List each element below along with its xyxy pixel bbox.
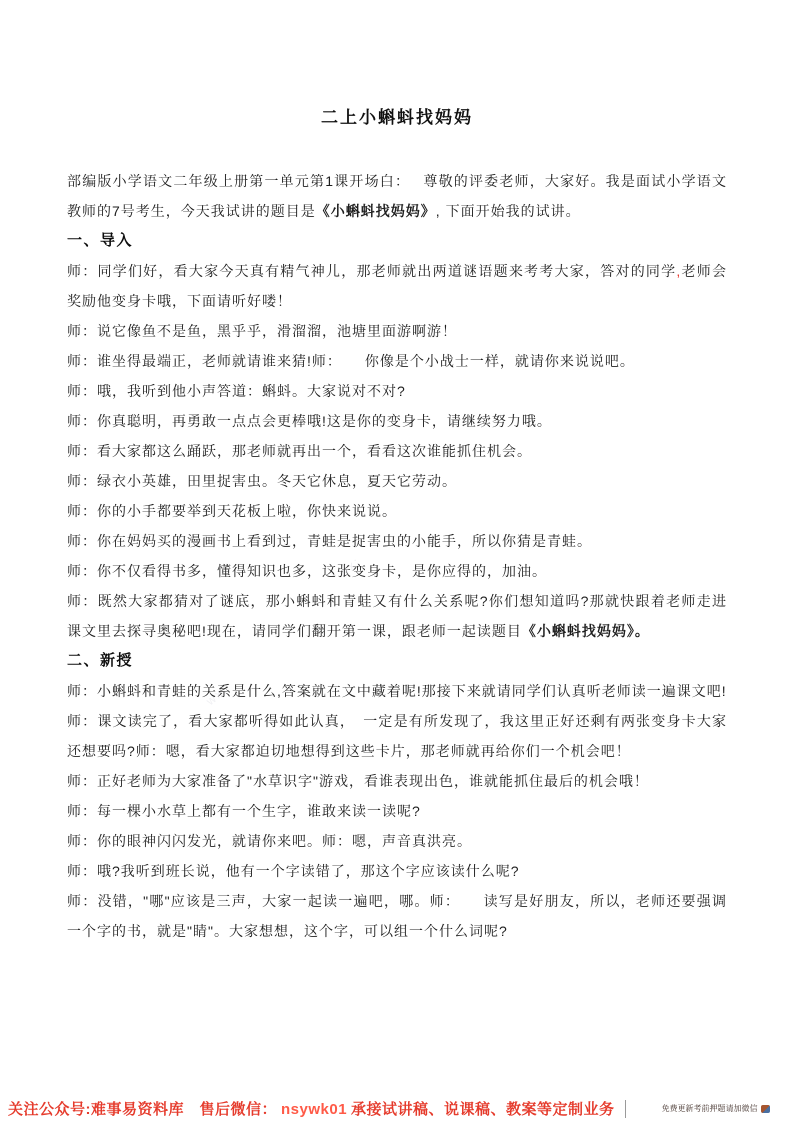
paragraph: 师：说它像鱼不是鱼，黑乎乎，滑溜溜，池塘里面游啊游！ [67,316,727,346]
text-run: 师：说它像鱼不是鱼，黑乎乎，滑溜溜，池塘里面游啊游！ [67,323,457,339]
footer-note-text: 免费更新考前押题请加微信 [662,1103,758,1114]
text-run: 师：你真聪明，再勇敢一点点会更棒哦!这是你的变身卡，请继续努力哦。 [67,413,552,429]
paragraph: 师：谁坐得最端正，老师就请谁来猜!师： 你像是个小战士一样，就请你来说说吧。 [67,346,727,376]
text-run: 师：你在妈妈买的漫画书上看到过，青蛙是捉害虫的小能手，所以你猜是青蛙。 [67,533,592,549]
paragraph: 师：绿衣小英雄，田里捉害虫。冬天它休息，夏天它劳动。 [67,466,727,496]
paragraph: 师：既然大家都猜对了谜底，那小蝌蚪和青蛙又有什么关系呢?你们想知道吗?那就快跟着… [67,586,727,646]
paragraph: 师：你的小手都要举到天花板上啦，你快来说说。 [67,496,727,526]
paragraph: 师：课文读完了，看大家都听得如此认真， 一定是有所发现了，我这里正好还剩有两张变… [67,706,727,766]
text-run: 师：小蝌蚪和青蛙的关系是什么,答案就在文中藏着呢!那接下来就请同学们认真听老师读… [67,683,727,699]
text-run: 师：每一棵小水草上都有一个生字，谁敢来读一读呢? [67,803,421,819]
paragraph: 师：哦，我听到他小声答道：蝌蚪。大家说对不对? [67,376,727,406]
paragraph: 师：没错，"哪"应该是三声，大家一起读一遍吧，哪。师： 读写是好朋友，所以，老师… [67,886,727,946]
paragraph: 师：你真聪明，再勇敢一点点会更棒哦!这是你的变身卡，请继续努力哦。 [67,406,727,436]
paragraph: 师：小蝌蚪和青蛙的关系是什么,答案就在文中藏着呢!那接下来就请同学们认真听老师读… [67,676,727,706]
paragraph: 师：同学们好，看大家今天真有精气神儿，那老师就出两道谜语题来考考大家，答对的同学… [67,256,727,316]
text-run: 师：你不仅看得书多，懂得知识也多，这张变身卡，是你应得的，加油。 [67,563,547,579]
text-run: 师：哦，我听到他小声答道：蝌蚪。大家说对不对? [67,383,406,399]
text-run: 师：谁坐得最端正，老师就请谁来猜!师： 你像是个小战士一样，就请你来说说吧。 [67,353,635,369]
text-run: 师：课文读完了，看大家都听得如此认真， 一定是有所发现了，我这里正好还剩有两张变… [67,713,727,759]
footer-wechat-id: nsywk01 [277,1101,351,1118]
footer-promo-main: 关注公众号:难事易资料库 售后微信： [8,1101,277,1118]
paragraph: 师：你的眼神闪闪发光，就请你来吧。师：嗯，声音真洪亮。 [67,826,727,856]
paragraph: 师：每一棵小水草上都有一个生字，谁敢来读一读呢? [67,796,727,826]
paragraph: 师：正好老师为大家准备了"水草识字"游戏，看谁表现出色，谁就能抓住最后的机会哦！ [67,766,727,796]
text-run: 师：正好老师为大家准备了"水草识字"游戏，看谁表现出色，谁就能抓住最后的机会哦！ [67,773,649,789]
text-run: 师：你的小手都要举到天花板上啦，你快来说说。 [67,503,397,519]
section-heading: 一、导入 [67,226,727,256]
paragraph: 师：你不仅看得书多，懂得知识也多，这张变身卡，是你应得的，加油。 [67,556,727,586]
document-page: 二上小蝌蚪找妈妈 部编版小学语文二年级上册第一单元第1课开场白： 尊敬的评委老师… [0,0,794,1122]
footer-bar: 关注公众号:难事易资料库 售后微信：nsywk01承接试讲稿、说课稿、教案等定制… [0,1095,794,1122]
text-run: 《小蝌蚪找妈妈》 [316,203,436,219]
footer-promo: 关注公众号:难事易资料库 售后微信：nsywk01承接试讲稿、说课稿、教案等定制… [0,1098,615,1119]
text-run: 师：绿衣小英雄，田里捉害虫。冬天它休息，夏天它劳动。 [67,473,457,489]
paragraph: 师：你在妈妈买的漫画书上看到过，青蛙是捉害虫的小能手，所以你猜是青蛙。 [67,526,727,556]
text-run: 《小蝌蚪找妈妈》。 [522,623,650,639]
section-heading: 二、新授 [67,646,727,676]
text-run: 一、导入 [67,232,133,249]
footer-promo-tail: 承接试讲稿、说课稿、教案等定制业务 [351,1101,615,1118]
footer-divider [625,1100,626,1118]
text-run: 师：没错，"哪"应该是三声，大家一起读一遍吧，哪。师： 读写是好朋友，所以，老师… [67,893,727,939]
paragraph: 师：哦?我听到班长说，他有一个字读错了，那这个字应该读什么呢? [67,856,727,886]
paragraph: 师：看大家都这么踊跃，那老师就再出一个，看看这次谁能抓住机会。 [67,436,727,466]
footer-note: 免费更新考前押题请加微信 [662,1103,770,1114]
text-run: , 下面开始我的试讲。 [436,203,581,219]
document-body: 部编版小学语文二年级上册第一单元第1课开场白： 尊敬的评委老师，大家好。我是面试… [67,166,727,946]
text-run: 师：同学们好，看大家今天真有精气神儿，那老师就出两道谜语题来考考大家，答对的同学 [67,263,676,279]
paragraph: 部编版小学语文二年级上册第一单元第1课开场白： 尊敬的评委老师，大家好。我是面试… [67,166,727,226]
text-run: 师：你的眼神闪闪发光，就请你来吧。师：嗯，声音真洪亮。 [67,833,472,849]
wechat-mini-icon [761,1105,770,1113]
text-run: 师：哦?我听到班长说，他有一个字读错了，那这个字应该读什么呢? [67,863,520,879]
text-run: 二、新授 [67,652,133,669]
document-title: 二上小蝌蚪找妈妈 [67,103,727,128]
text-run: 师：看大家都这么踊跃，那老师就再出一个，看看这次谁能抓住机会。 [67,443,532,459]
